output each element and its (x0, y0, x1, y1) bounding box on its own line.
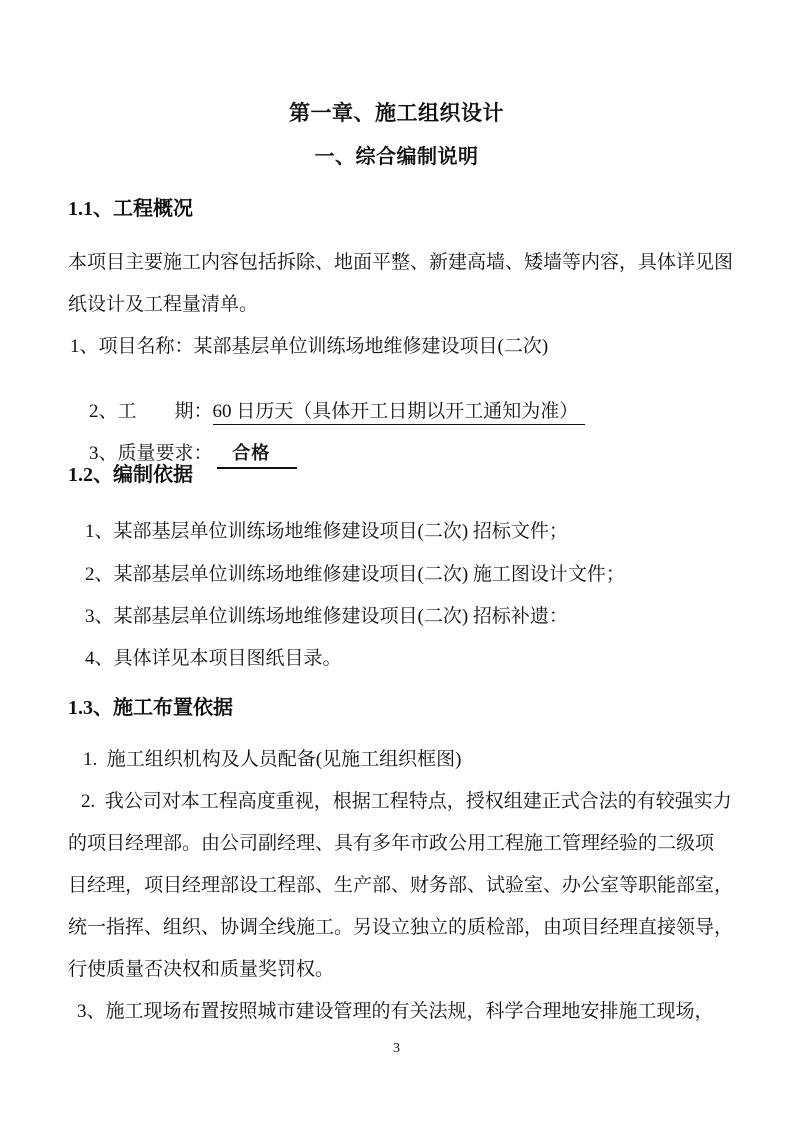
duration-label: 2、工 期： (89, 401, 213, 422)
intro-paragraph-line: 本项目主要施工内容包括拆除、地面平整、新建高墙、矮墙等内容，具体详见图 (68, 252, 733, 275)
quality-value-underlined: 合格 (217, 443, 297, 469)
company-paragraph-line: 统一指挥、组织、协调全线施工。另设立独立的质检部，由项目经理直接领导， (68, 917, 733, 940)
heading-1-3: 1.3、施工布置依据 (68, 696, 233, 720)
org-structure-item: 1. 施工组织机构及人员配备(见施工组织框图) (83, 749, 461, 772)
project-name-item: 1、项目名称：某部基层单位训练场地维修建设项目(二次) (70, 336, 548, 359)
company-paragraph-line: 行使质量否决权和质量奖罚权。 (68, 959, 334, 982)
reference-item: 3、某部基层单位训练场地维修建设项目(二次) 招标补遗： (85, 606, 568, 629)
heading-1-2: 1.2、编制依据 (68, 463, 193, 487)
intro-paragraph-line: 纸设计及工程量清单。 (68, 294, 258, 317)
heading-1-1: 1.1、工程概况 (68, 197, 193, 221)
quality-label: 3、质量要求： (89, 443, 217, 464)
company-paragraph-line: 的项目经理部。由公司副经理、具有多年市政公用工程施工管理经验的二级项 (68, 833, 714, 856)
document-page: 第一章、施工组织设计 一、综合编制说明 1.1、工程概况 本项目主要施工内容包括… (0, 0, 793, 1122)
reference-item: 2、某部基层单位训练场地维修建设项目(二次) 施工图设计文件； (85, 564, 625, 587)
section-subtitle: 一、综合编制说明 (0, 145, 793, 169)
reference-item: 4、具体详见本项目图纸目录。 (85, 648, 342, 671)
reference-item: 1、某部基层单位训练场地维修建设项目(二次) 招标文件； (85, 521, 568, 544)
company-paragraph-line: 2. 我公司对本工程高度重视，根据工程特点，授权组建正式合法的有较强实力 (81, 791, 732, 814)
site-layout-item: 3、施工现场布置按照城市建设管理的有关法规，科学合理地安排施工现场， (77, 1001, 714, 1024)
quality-value: 合格 (232, 443, 270, 463)
company-paragraph-line: 目经理，项目经理部设工程部、生产部、财务部、试验室、办公室等职能部室， (68, 875, 733, 898)
chapter-title: 第一章、施工组织设计 (0, 101, 793, 126)
page-number: 3 (0, 1041, 793, 1058)
